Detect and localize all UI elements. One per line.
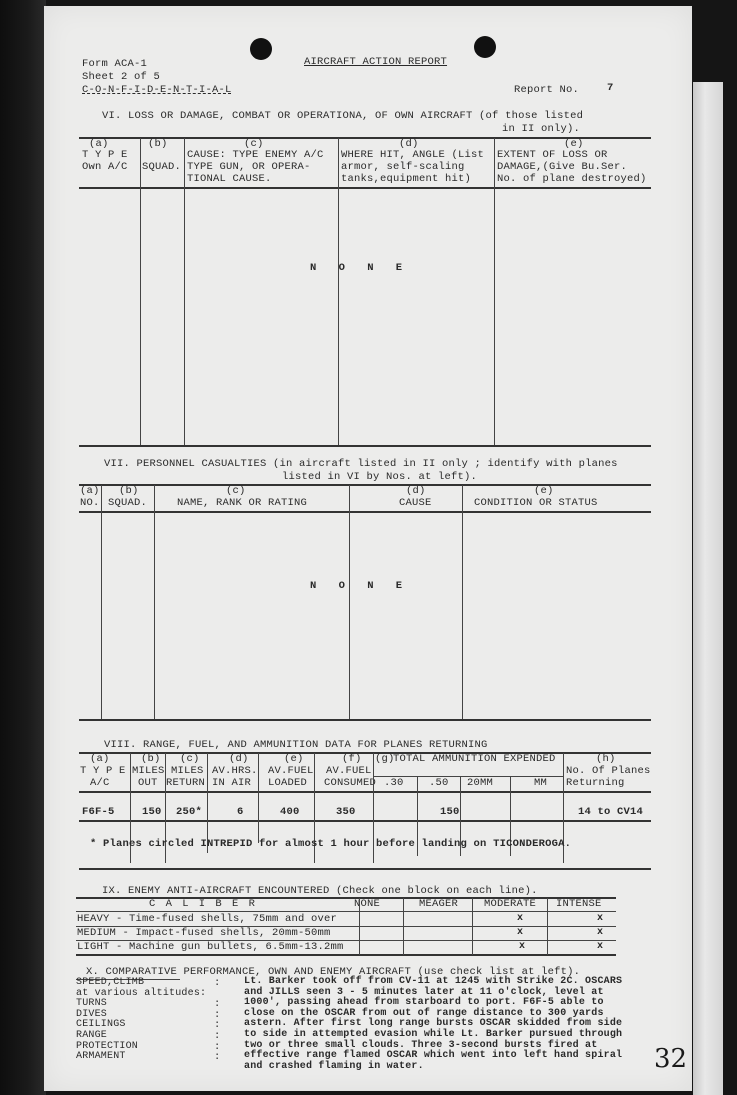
- document-page: Form ACA-1 Sheet 2 of 5 C-O-N-F-I-D-E-N-…: [44, 6, 692, 1091]
- section8-footnote: * Planes circled INTREPID for almost 1 h…: [90, 838, 571, 850]
- punch-hole-icon: [250, 38, 272, 60]
- narrative-line: effective range flamed OSCAR which went …: [244, 1051, 622, 1061]
- section7-title: VII. PERSONNEL CASUALTIES (in aircraft l…: [104, 458, 618, 470]
- section6-title-cont: in II only).: [502, 123, 580, 135]
- checklist-item: ARMAMENT: [76, 1051, 126, 1063]
- aa-row-light: LIGHT - Machine gun bullets, 6.5mm-13.2m…: [77, 941, 344, 953]
- section9-title: IX. ENEMY ANTI-AIRCRAFT ENCOUNTERED (Che…: [102, 885, 538, 897]
- handwritten-page-number: 32: [654, 1044, 687, 1074]
- narrative-line: Lt. Barker took off from CV-11 at 1245 w…: [244, 977, 622, 987]
- section7-none: N O N E: [310, 580, 406, 592]
- section8-title: VIII. RANGE, FUEL, AND AMMUNITION DATA F…: [104, 739, 488, 751]
- scan-background-left: [0, 0, 46, 1095]
- sheet-number: Sheet 2 of 5: [82, 71, 160, 83]
- aa-row-heavy: HEAVY - Time-fused shells, 75mm and over: [77, 913, 337, 925]
- report-title: AIRCRAFT ACTION REPORT: [304, 56, 447, 68]
- narrative-line: and crashed flaming in water.: [244, 1062, 424, 1072]
- section6-title: VI. LOSS OR DAMAGE, COMBAT OR OPERATIONA…: [102, 110, 583, 122]
- next-page-edge: [693, 82, 723, 1095]
- row-type: F6F-5: [82, 806, 115, 818]
- section6-none: N O N E: [310, 262, 406, 274]
- punch-hole-icon: [474, 36, 496, 58]
- form-id: Form ACA-1: [82, 58, 147, 70]
- narrative-line: to side in attempted evasion while Lt. B…: [244, 1030, 622, 1040]
- classification: C-O-N-F-I-D-E-N-T-I-A-L: [82, 84, 232, 96]
- aa-row-medium: MEDIUM - Impact-fused shells, 20mm-50mm: [77, 927, 331, 939]
- checklist-colon: :: [214, 977, 221, 989]
- narrative-line: astern. After first long range bursts OS…: [244, 1019, 622, 1029]
- report-no-label: Report No.: [514, 84, 579, 96]
- report-no-value: 7: [607, 82, 614, 94]
- section7-title-cont: listed in VI by Nos. at left).: [282, 471, 477, 483]
- narrative-line: 1000', passing ahead from starboard to p…: [244, 998, 604, 1008]
- checklist-colon: :: [214, 1051, 221, 1063]
